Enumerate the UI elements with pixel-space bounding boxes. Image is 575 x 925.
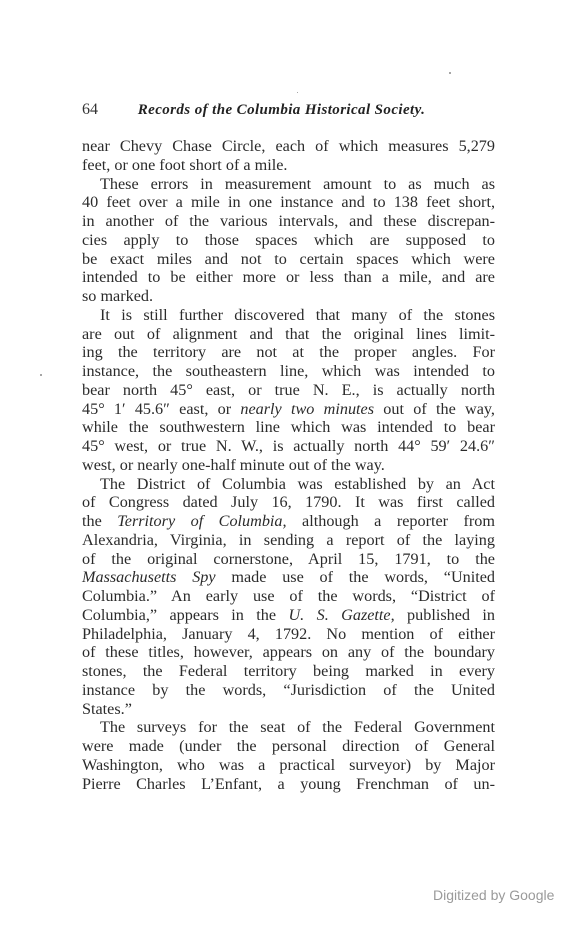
text-segment: the	[82, 512, 117, 530]
text-segment: instance by the words, “Jurisdiction of …	[82, 681, 495, 699]
text-line: States.”	[82, 700, 495, 719]
text-segment: ing the territory are not at the proper …	[82, 343, 495, 361]
text-line: instance, the southeastern line, which w…	[82, 362, 495, 381]
text-line: It is still further discovered that many…	[82, 306, 495, 325]
text-segment: in another of the various intervals, and…	[82, 212, 495, 230]
digitized-watermark: Digitized by Google	[433, 887, 554, 903]
text-line: feet, or one foot short of a mile.	[82, 156, 495, 175]
text-segment: These errors in measurement amount to as…	[100, 175, 495, 193]
text-segment: near Chevy Chase Circle, each of which m…	[82, 137, 495, 155]
italic-phrase: Massachusetts Spy	[82, 568, 216, 586]
text-segment: while the southwestern line which was in…	[82, 418, 495, 436]
text-segment: of Congress dated July 16, 1790. It was …	[82, 493, 495, 511]
text-line: stones, the Federal territory being mark…	[82, 662, 495, 681]
text-line: 40 feet over a mile in one instance and …	[82, 193, 495, 212]
text-line: in another of the various intervals, and…	[82, 212, 495, 231]
italic-phrase: Territory of Columbia,	[117, 512, 286, 530]
italic-phrase: U. S. Gazette,	[288, 606, 394, 624]
text-segment: It is still further discovered that many…	[100, 306, 495, 324]
text-line: are out of alignment and that the origin…	[82, 325, 495, 344]
running-title: Records of the Columbia Historical Socie…	[138, 102, 425, 118]
text-line: of Congress dated July 16, 1790. It was …	[82, 493, 495, 512]
text-line: the Territory of Columbia, although a re…	[82, 512, 495, 531]
page-number: 64	[82, 101, 134, 119]
text-line: bear north 45° east, or true N. E., is a…	[82, 381, 495, 400]
scan-speck	[297, 92, 298, 93]
text-segment: bear north 45° east, or true N. E., is a…	[82, 381, 495, 399]
text-segment: west, or nearly one-half minute out of t…	[82, 456, 385, 474]
text-line: so marked.	[82, 287, 495, 306]
text-segment: Washington, who was a practical surveyor…	[82, 756, 495, 774]
text-segment: although a reporter from	[287, 512, 495, 530]
text-line: were made (under the personal direction …	[82, 737, 495, 756]
text-segment: out of the way,	[374, 400, 495, 418]
text-segment: feet, or one foot short of a mile.	[82, 156, 287, 174]
text-line: ing the territory are not at the proper …	[82, 343, 495, 362]
text-line: Washington, who was a practical surveyor…	[82, 756, 495, 775]
text-line: be exact miles and not to certain spaces…	[82, 250, 495, 269]
text-segment: cies apply to those spaces which are sup…	[82, 231, 495, 249]
text-segment: Columbia,” appears in the	[82, 606, 288, 624]
text-line: of the original cornerstone, April 15, 1…	[82, 550, 495, 569]
text-segment: stones, the Federal territory being mark…	[82, 662, 495, 680]
text-segment: intended to be either more or less than …	[82, 268, 495, 286]
text-line: intended to be either more or less than …	[82, 268, 495, 287]
text-segment: States.”	[82, 700, 132, 718]
text-line: Columbia.” An early use of the words, “D…	[82, 587, 495, 606]
italic-phrase: nearly two minutes	[240, 400, 374, 418]
text-line: instance by the words, “Jurisdiction of …	[82, 681, 495, 700]
text-segment: Pierre Charles L’Enfant, a young Frenchm…	[82, 775, 495, 793]
text-line: of these titles, however, appears on any…	[82, 643, 495, 662]
scan-speck	[449, 72, 451, 74]
text-segment: were made (under the personal direction …	[82, 737, 495, 755]
text-segment: published in	[395, 606, 495, 624]
text-line: near Chevy Chase Circle, each of which m…	[82, 137, 495, 156]
text-segment: of these titles, however, appears on any…	[82, 643, 495, 661]
text-segment: 40 feet over a mile in one instance and …	[82, 193, 495, 211]
scanned-book-page: 64 Records of the Columbia Historical So…	[0, 0, 575, 925]
text-line: The surveys for the seat of the Federal …	[82, 718, 495, 737]
text-segment: 45° west, or true N. W., is actually nor…	[82, 437, 495, 455]
text-segment: instance, the southeastern line, which w…	[82, 362, 495, 380]
text-segment: so marked.	[82, 287, 153, 305]
text-line: Columbia,” appears in the U. S. Gazette,…	[82, 606, 495, 625]
text-segment: The District of Columbia was established…	[100, 475, 495, 493]
text-segment: of the original cornerstone, April 15, 1…	[82, 550, 495, 568]
text-segment: Columbia.” An early use of the words, “D…	[82, 587, 495, 605]
text-segment: are out of alignment and that the origin…	[82, 325, 495, 343]
running-head: 64 Records of the Columbia Historical So…	[82, 101, 502, 121]
body-text: near Chevy Chase Circle, each of which m…	[82, 137, 495, 793]
text-line: Philadelphia, January 4, 1792. No mentio…	[82, 625, 495, 644]
text-line: cies apply to those spaces which are sup…	[82, 231, 495, 250]
text-line: west, or nearly one-half minute out of t…	[82, 456, 495, 475]
text-line: 45° west, or true N. W., is actually nor…	[82, 437, 495, 456]
text-line: while the southwestern line which was in…	[82, 418, 495, 437]
text-line: These errors in measurement amount to as…	[82, 175, 495, 194]
text-line: Massachusetts Spy made use of the words,…	[82, 568, 495, 587]
text-line: Pierre Charles L’Enfant, a young Frenchm…	[82, 775, 495, 794]
text-segment: The surveys for the seat of the Federal …	[100, 718, 495, 736]
text-segment: 45° 1′ 45.6″ east, or	[82, 400, 240, 418]
scan-speck	[40, 374, 42, 376]
text-segment: made use of the words, “United	[216, 568, 495, 586]
text-segment: Alexandria, Virginia, in sending a repor…	[82, 531, 495, 549]
text-segment: be exact miles and not to certain spaces…	[82, 250, 495, 268]
text-line: Alexandria, Virginia, in sending a repor…	[82, 531, 495, 550]
text-line: 45° 1′ 45.6″ east, or nearly two minutes…	[82, 400, 495, 419]
text-segment: Philadelphia, January 4, 1792. No mentio…	[82, 625, 495, 643]
text-line: The District of Columbia was established…	[82, 475, 495, 494]
